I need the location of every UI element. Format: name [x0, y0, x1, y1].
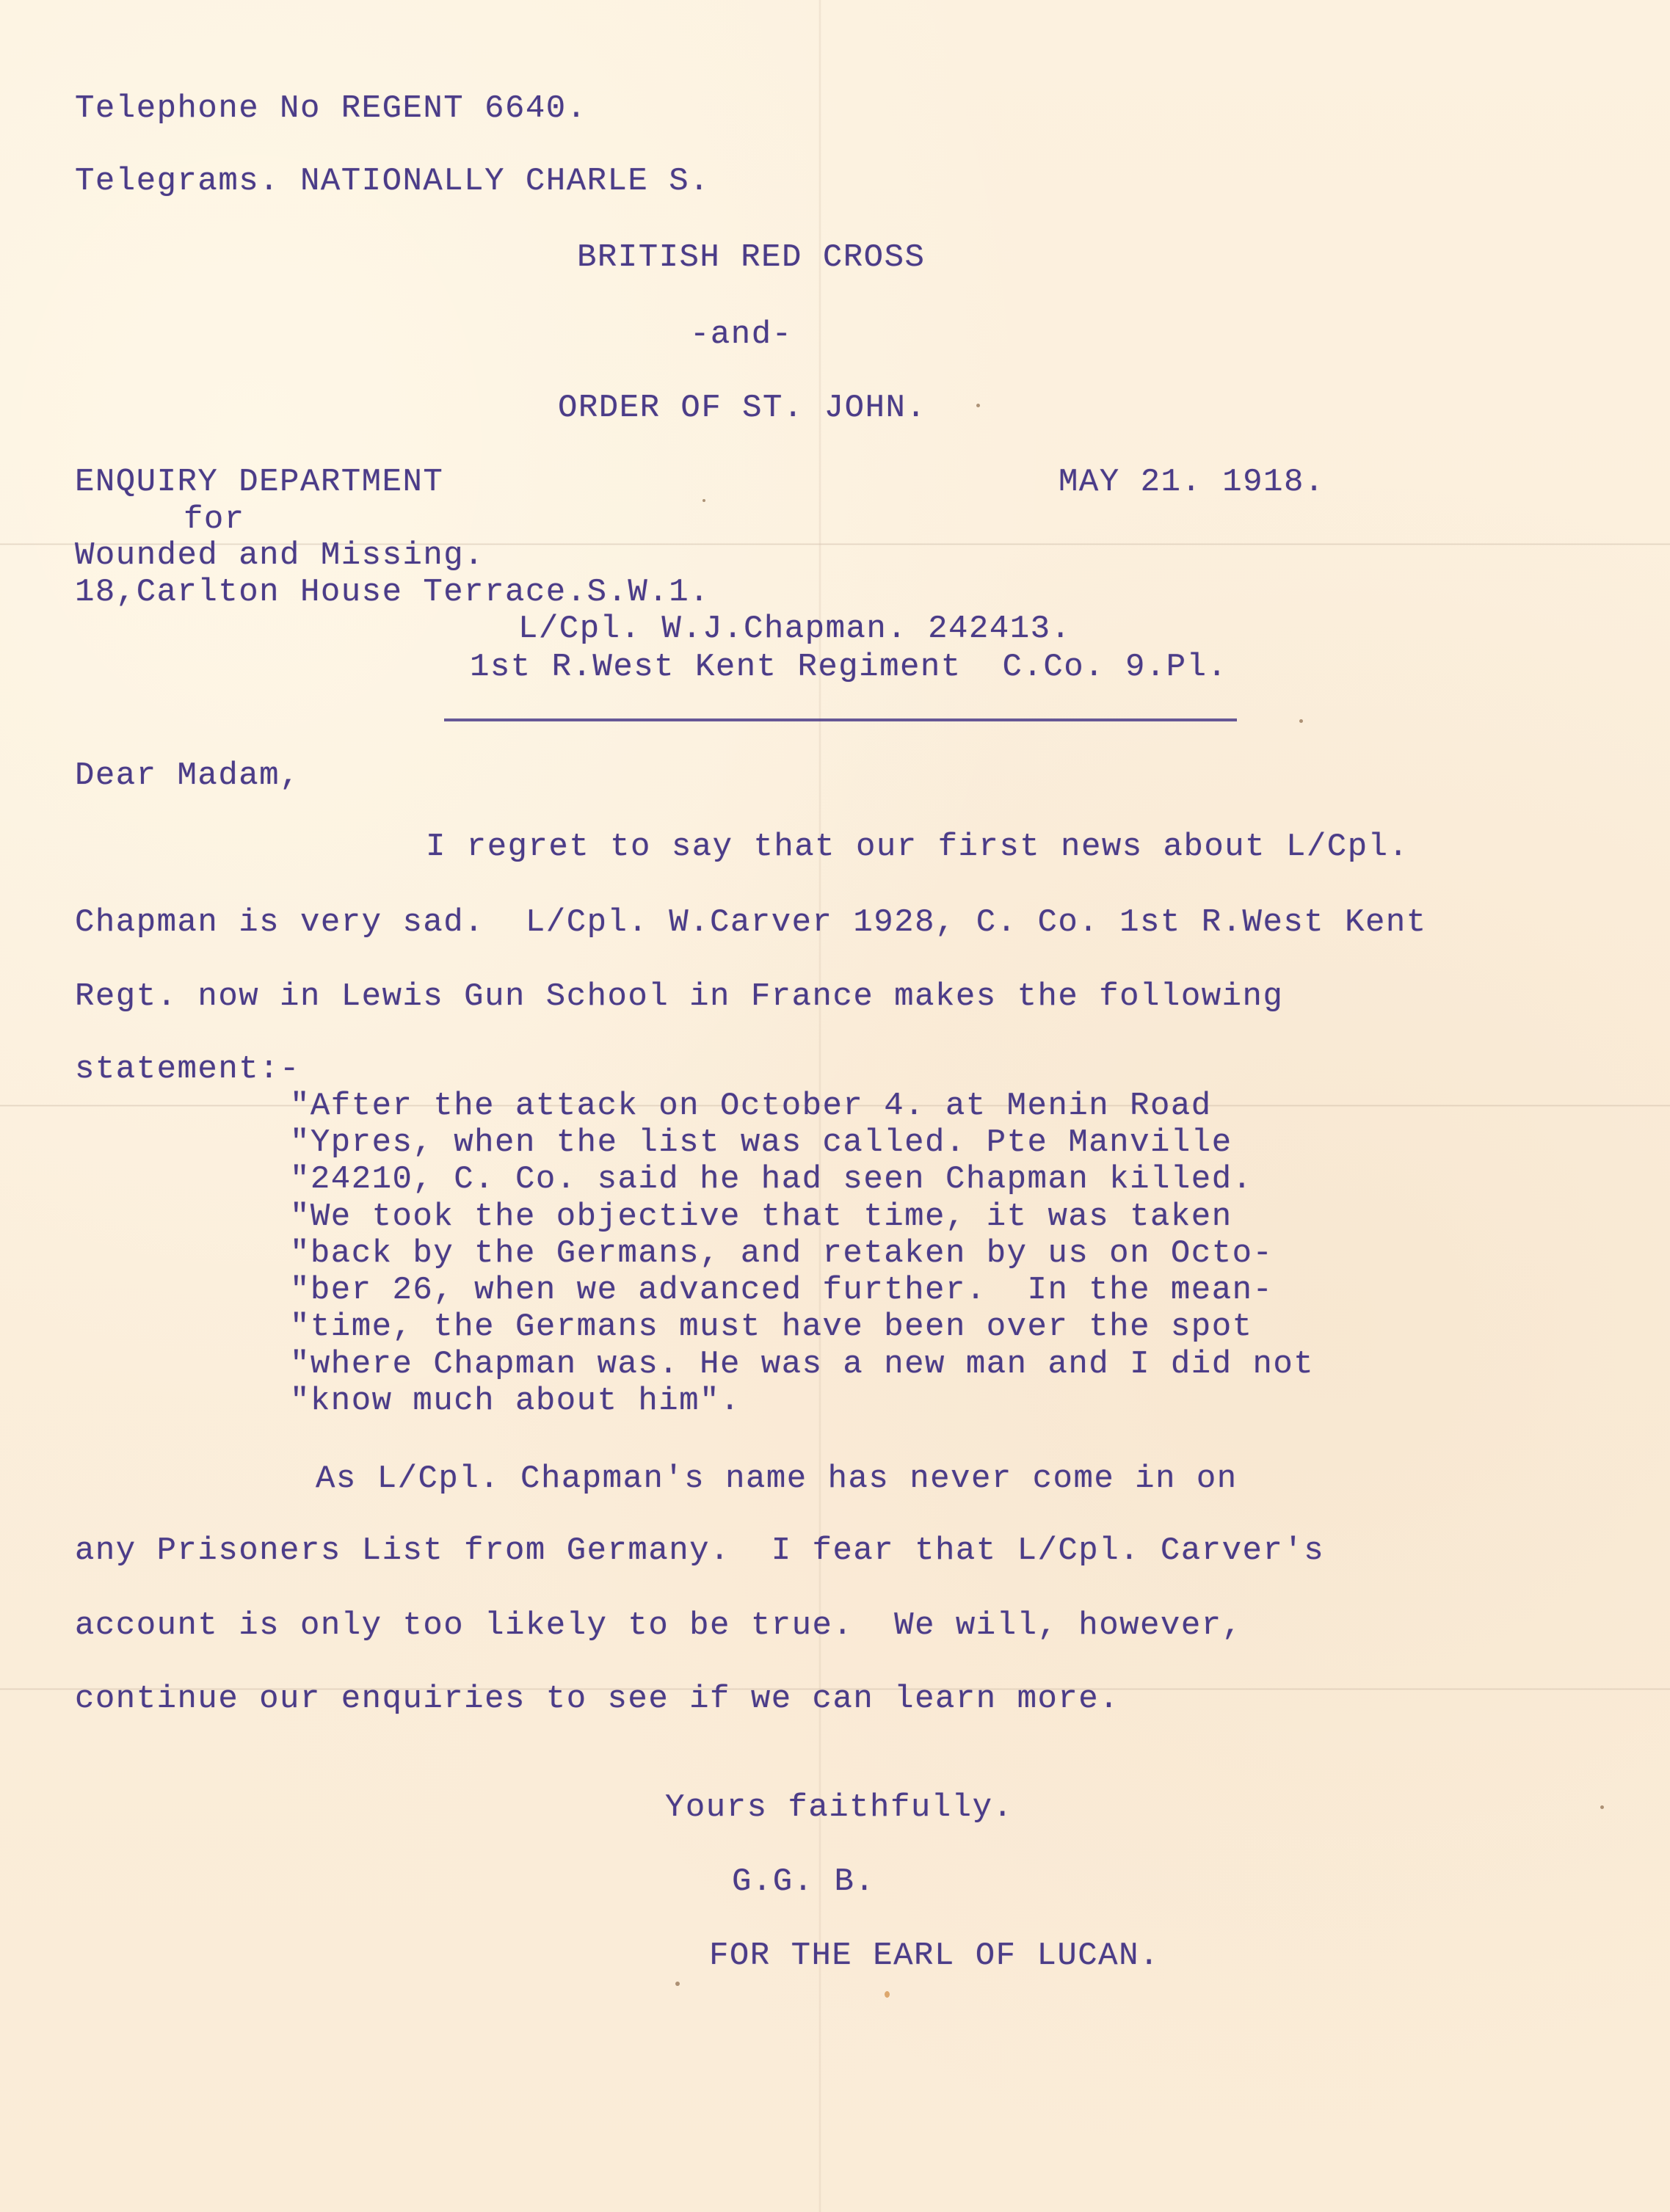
quote-line7: "time, the Germans must have been over t…: [290, 1309, 1253, 1345]
paragraph2-line1: As L/Cpl. Chapman's name has never come …: [316, 1460, 1238, 1497]
paper-speck: [885, 1991, 890, 1998]
telegrams-line: Telegrams. NATIONALLY CHARLE S.: [75, 163, 710, 200]
paragraph2-line2: any Prisoners List from Germany. I fear …: [75, 1532, 1324, 1569]
signature-initials: G.G. B.: [732, 1863, 875, 1900]
quote-line1: "After the attack on October 4. at Menin…: [290, 1088, 1212, 1124]
paragraph2-line3: account is only too likely to be true. W…: [75, 1607, 1243, 1644]
org-name-st-john: ORDER OF ST. JOHN.: [558, 390, 926, 426]
quote-line8: "where Chapman was. He was a new man and…: [290, 1346, 1314, 1383]
subject-underline: [444, 718, 1237, 721]
telephone-line: Telephone No REGENT 6640.: [75, 90, 587, 127]
quote-line3: "24210, C. Co. said he had seen Chapman …: [290, 1161, 1253, 1198]
org-name-and: -and-: [690, 316, 793, 353]
paper-speck: [1600, 1805, 1604, 1809]
org-name-red-cross: BRITISH RED CROSS: [577, 239, 925, 276]
paragraph2-line4: continue our enquiries to see if we can …: [75, 1681, 1119, 1717]
department-name: ENQUIRY DEPARTMENT: [75, 464, 443, 501]
letter-page: Telephone No REGENT 6640. Telegrams. NAT…: [0, 0, 1670, 2212]
paper-speck: [976, 404, 980, 407]
salutation: Dear Madam,: [75, 757, 300, 794]
paragraph1-line2: Chapman is very sad. L/Cpl. W.Carver 192…: [75, 904, 1427, 941]
paragraph1-line4: statement:-: [75, 1051, 300, 1088]
subject-unit: 1st R.West Kent Regiment C.Co. 9.Pl.: [470, 649, 1227, 685]
paragraph1-line3: Regt. now in Lewis Gun School in France …: [75, 978, 1283, 1015]
subject-soldier: L/Cpl. W.J.Chapman. 242413.: [518, 611, 1071, 647]
quote-line6: "ber 26, when we advanced further. In th…: [290, 1272, 1273, 1309]
quote-line5: "back by the Germans, and retaken by us …: [290, 1235, 1273, 1272]
paper-speck: [1299, 719, 1303, 723]
address-line: 18,Carlton House Terrace.S.W.1.: [75, 574, 710, 611]
department-wounded-missing: Wounded and Missing.: [75, 537, 484, 574]
department-for: for: [184, 501, 245, 538]
valediction: Yours faithfully.: [665, 1789, 1013, 1826]
paragraph1-line1: I regret to say that our first news abou…: [426, 829, 1409, 865]
quote-line9: "know much about him".: [290, 1383, 741, 1419]
quote-line4: "We took the objective that time, it was…: [290, 1198, 1232, 1235]
signatory-line: FOR THE EARL OF LUCAN.: [709, 1938, 1160, 1974]
quote-line2: "Ypres, when the list was called. Pte Ma…: [290, 1124, 1232, 1161]
letter-date: MAY 21. 1918.: [1059, 464, 1325, 501]
paper-speck: [675, 1982, 680, 1986]
paper-speck: [703, 499, 705, 502]
